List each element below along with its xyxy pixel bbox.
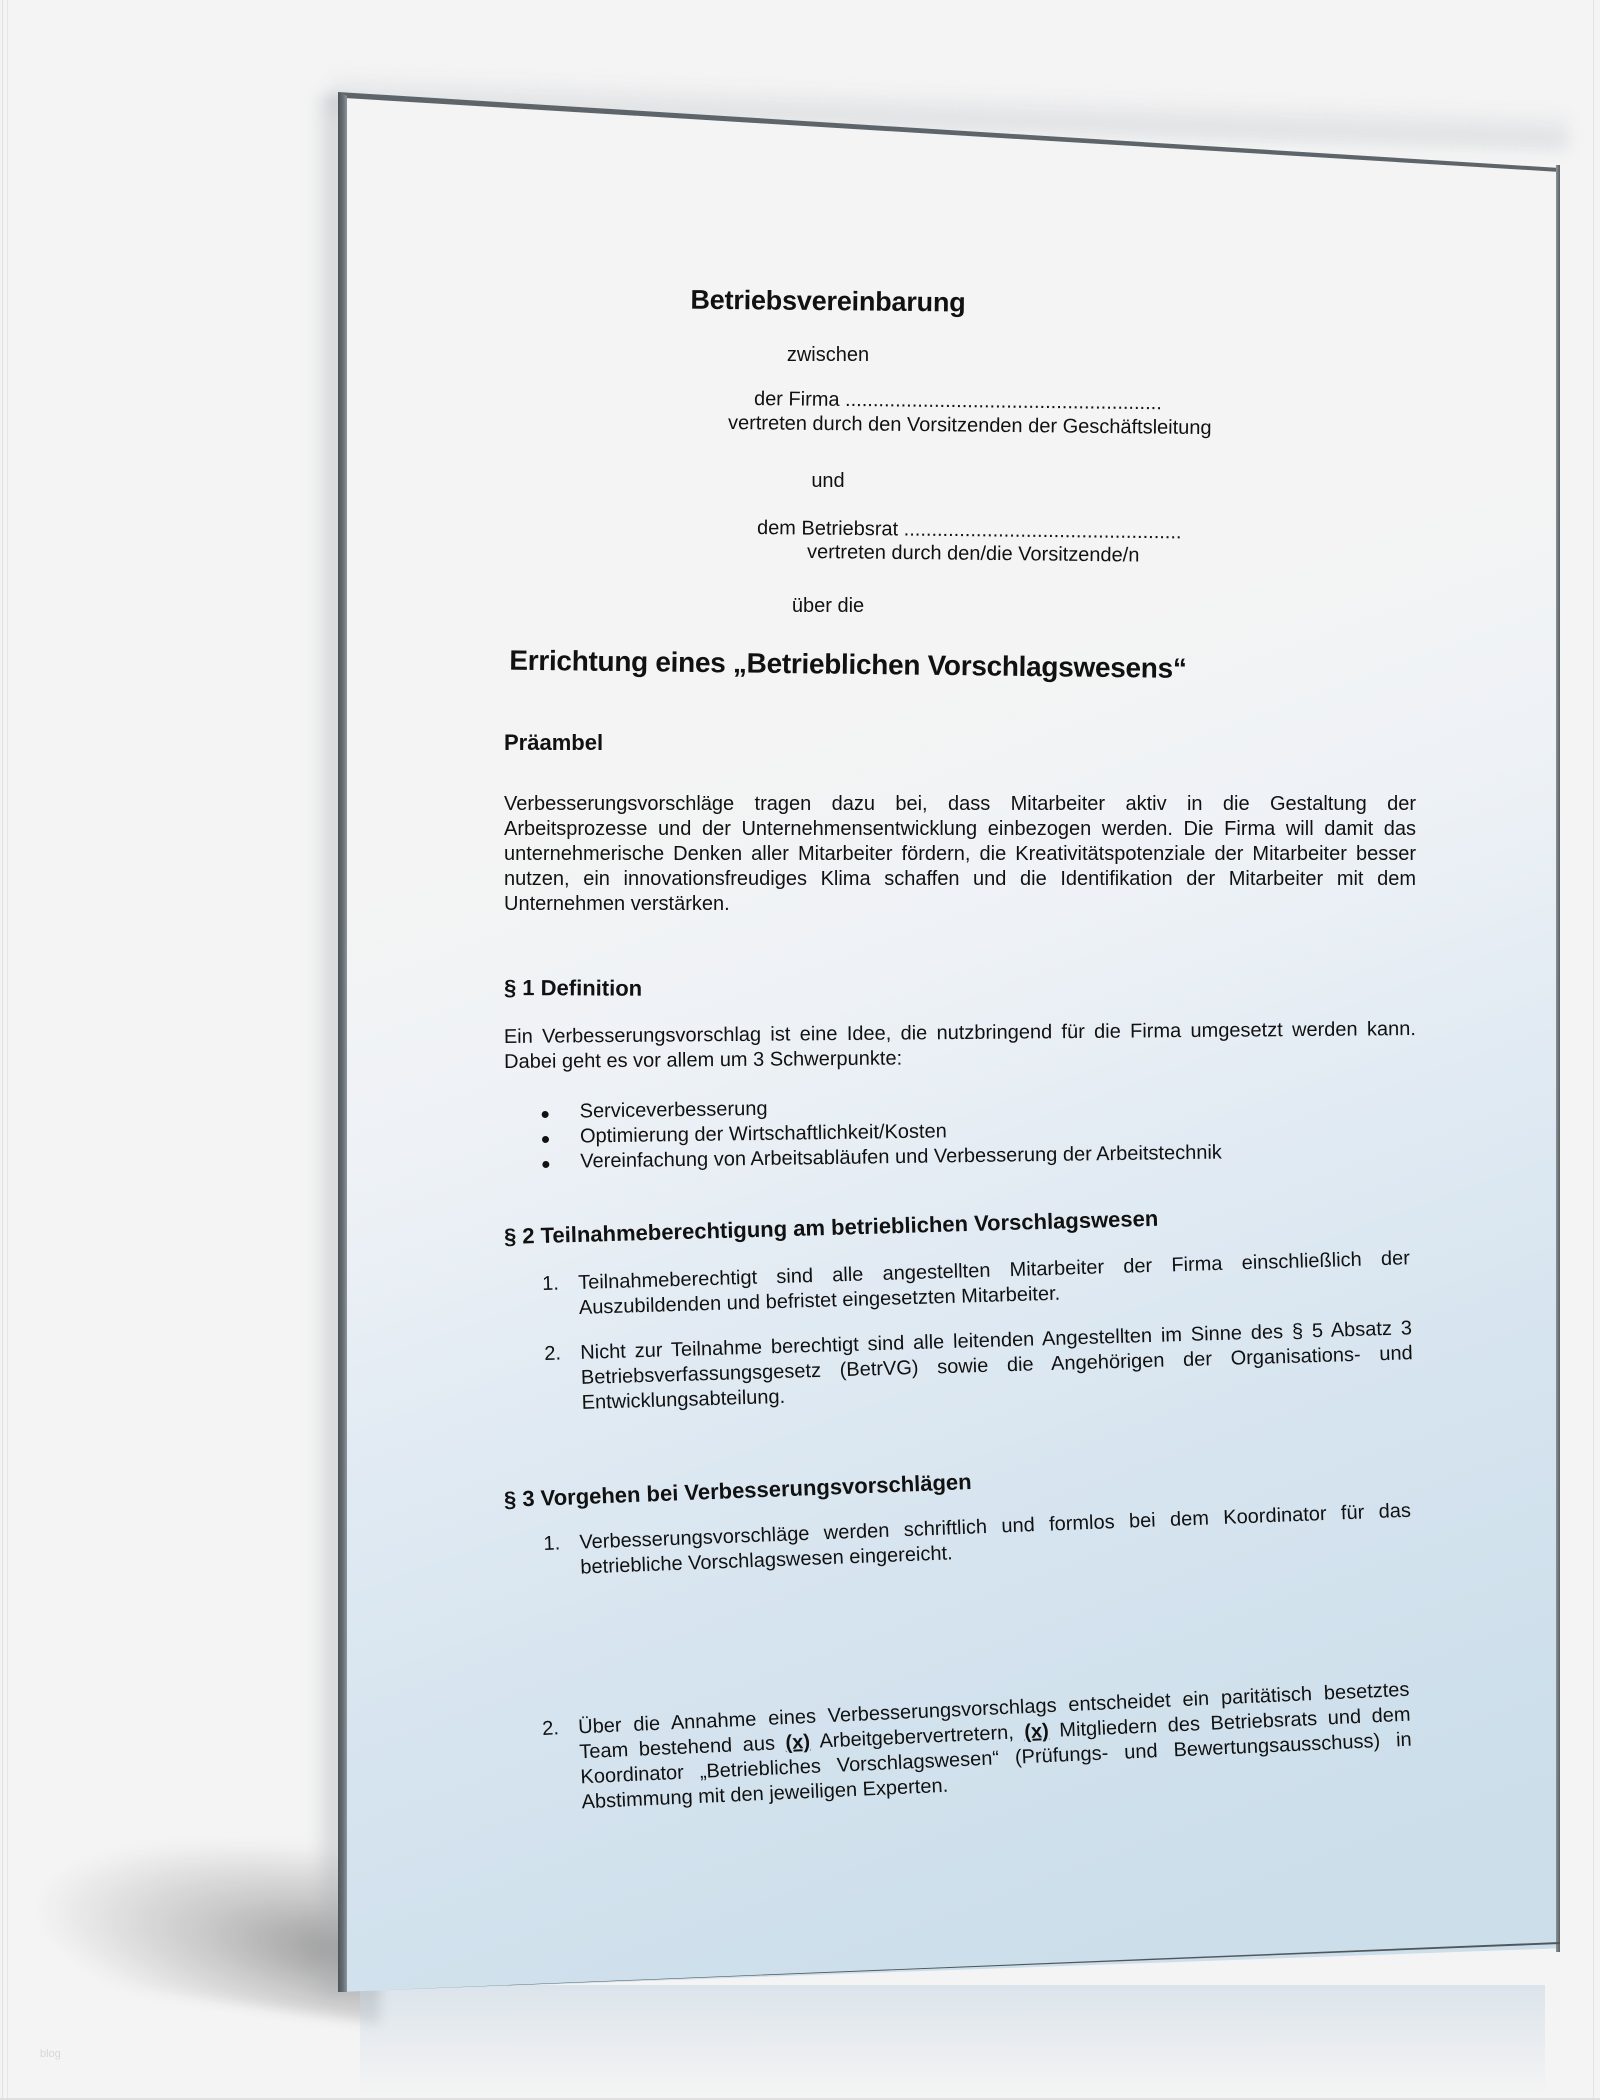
document-content: Betriebsvereinbarung zwischen der Firma …: [338, 92, 1560, 1992]
party1-representative: vertreten durch den Vorsitzenden der Ges…: [728, 412, 1212, 440]
preamble-heading: Präambel: [504, 730, 603, 756]
placeholder-count: (x): [785, 1731, 810, 1754]
preamble-line: Arbeitsprozesse und der Unternehmensentw…: [504, 817, 1416, 842]
party2-representative: vertreten durch den/die Vorsitzende/n: [807, 541, 1140, 567]
preamble-line: Unternehmen verstärken.: [504, 892, 1416, 917]
numbered-item: 2. Nicht zur Teilnahme berechtigt sind a…: [544, 1316, 1414, 1417]
agreement-subject: Errichtung eines „Betrieblichen Vorschla…: [458, 644, 1238, 686]
section1-bullet-list: Serviceverbesserung Optimierung der Wirt…: [541, 1091, 1222, 1175]
section3-list: 1. Verbesserungsvorschläge werden schrif…: [543, 1499, 1412, 1582]
numbered-item: 1. Verbesserungsvorschläge werden schrif…: [543, 1499, 1412, 1582]
section2-heading: § 2 Teilnahmeberechtigung am betrieblich…: [504, 1206, 1159, 1250]
preamble-line: Verbesserungsvorschläge tragen dazu bei,…: [504, 792, 1416, 817]
bullet-icon: [542, 1111, 549, 1118]
section1-text: Ein Verbesserungsvorschlag ist eine Idee…: [504, 1017, 1416, 1075]
numbered-item: 2. Über die Annahme eines Verbesserungsv…: [542, 1678, 1414, 1817]
watermark-text: blog: [40, 2048, 61, 2060]
bullet-icon: [542, 1161, 549, 1168]
section3-list-continued: 2. Über die Annahme eines Verbesserungsv…: [542, 1678, 1414, 1817]
numbered-item: 1. Teilnahmeberechtigt sind alle angeste…: [542, 1246, 1411, 1322]
placeholder-count: (x): [1024, 1720, 1049, 1743]
preamble-line: unternehmerische Denken aller Mitarbeite…: [504, 842, 1416, 867]
frame-left-border: [2, 0, 8, 2100]
party1-line: der Firma ..............................…: [754, 388, 1162, 415]
between-label: zwischen: [728, 344, 928, 367]
preamble-text: Verbesserungsvorschläge tragen dazu bei,…: [504, 792, 1416, 917]
document-page: Betriebsvereinbarung zwischen der Firma …: [338, 92, 1560, 1992]
section3-heading: § 3 Vorgehen bei Verbesserungsvorschläge…: [504, 1469, 973, 1513]
preamble-line: nutzen, ein innovationsfreudiges Klima s…: [504, 867, 1416, 892]
and-label: und: [728, 470, 928, 493]
section2-list: 1. Teilnahmeberechtigt sind alle angeste…: [542, 1246, 1414, 1417]
bullet-icon: [542, 1136, 549, 1143]
frame-right-border: [1593, 0, 1594, 2100]
document-title: Betriebsvereinbarung: [628, 284, 1028, 319]
about-label: über die: [728, 595, 928, 618]
page-reflection: [360, 1985, 1545, 2095]
section1-heading: § 1 Definition: [504, 975, 642, 1002]
